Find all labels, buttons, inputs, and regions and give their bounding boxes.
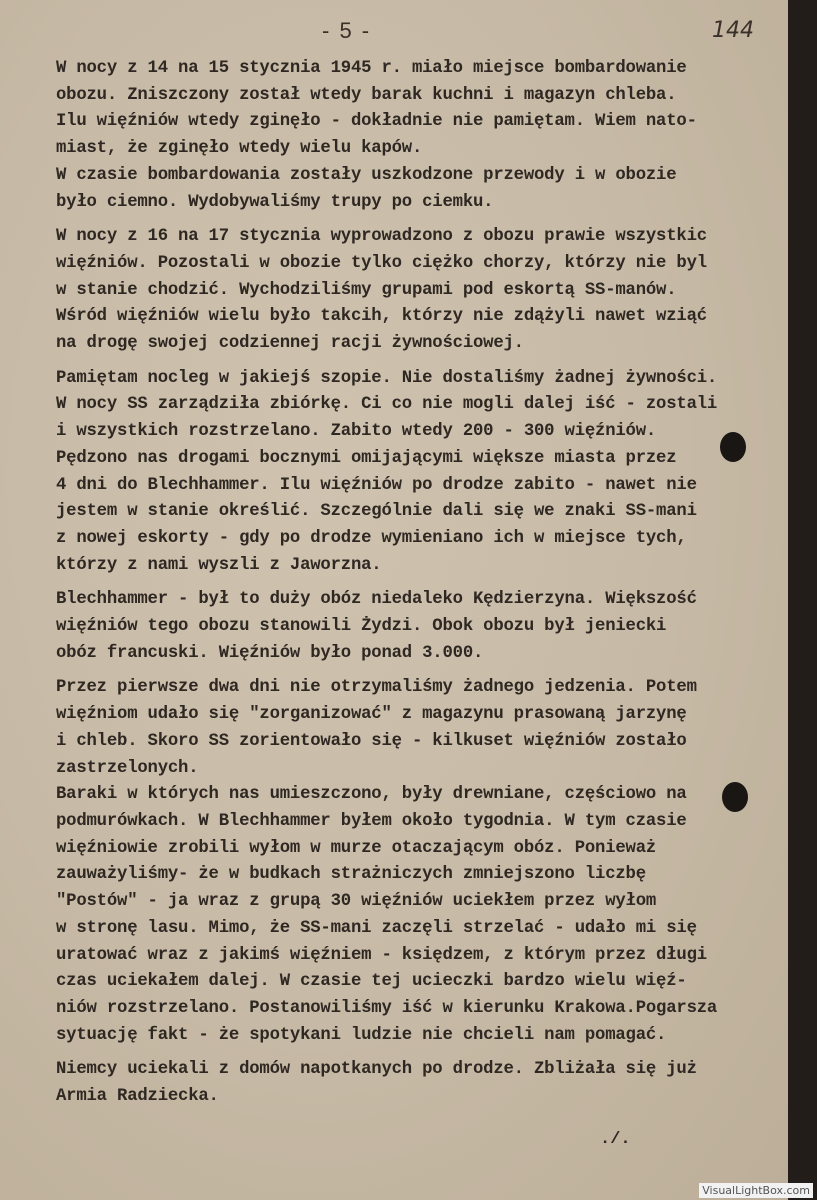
- text-line: zastrzelonych.: [56, 756, 776, 783]
- text-line: zauważyliśmy- że w budkach strażniczych …: [56, 862, 776, 889]
- text-line: było ciemno. Wydobywaliśmy trupy po ciem…: [56, 190, 776, 217]
- text-line: W czasie bombardowania zostały uszkodzon…: [56, 163, 776, 190]
- text-line: W nocy SS zarządziła zbiórkę. Ci co nie …: [56, 392, 776, 419]
- text-line: Przez pierwsze dwa dni nie otrzymaliśmy …: [56, 675, 776, 702]
- text-line: jestem w stanie określić. Szczególnie da…: [56, 499, 776, 526]
- text-line: więźniów tego obozu stanowili Żydzi. Obo…: [56, 614, 776, 641]
- text-line: Pamiętam nocleg w jakiejś szopie. Nie do…: [56, 366, 776, 393]
- text-line: Niemcy uciekali z domów napotkanych po d…: [56, 1057, 776, 1084]
- page-number: - 5 -: [322, 18, 371, 44]
- paragraph: Pamiętam nocleg w jakiejś szopie. Nie do…: [56, 366, 776, 580]
- paragraph: Blechhammer - był to duży obóz niedaleko…: [56, 587, 776, 667]
- text-line: Ilu więźniów wtedy zginęło - dokładnie n…: [56, 109, 776, 136]
- text-line: Baraki w których nas umieszczono, były d…: [56, 782, 776, 809]
- text-line: którzy z nami wyszli z Jaworzna.: [56, 553, 776, 580]
- text-line: i wszystkich rozstrzelano. Zabito wtedy …: [56, 419, 776, 446]
- text-line: uratować wraz z jakimś więźniem - księdz…: [56, 943, 776, 970]
- text-line: i chleb. Skoro SS zorientowało się - kil…: [56, 729, 776, 756]
- text-line: W nocy z 14 na 15 stycznia 1945 r. miało…: [56, 56, 776, 83]
- body-text: W nocy z 14 na 15 stycznia 1945 r. miało…: [56, 56, 776, 1119]
- text-line: w stronę lasu. Mimo, że SS-mani zaczęli …: [56, 916, 776, 943]
- archive-number: 144: [712, 18, 754, 43]
- text-line: miast, że zginęło wtedy wielu kapów.: [56, 136, 776, 163]
- text-line: obóz francuski. Więźniów było ponad 3.00…: [56, 641, 776, 668]
- text-line: sytuację fakt - że spotykani ludzie nie …: [56, 1023, 776, 1050]
- text-line: na drogę swojej codziennej racji żywnośc…: [56, 331, 776, 358]
- punch-hole-bottom: [722, 782, 748, 812]
- text-line: Wśród więźniów wielu było takcih, którzy…: [56, 304, 776, 331]
- text-line: obozu. Zniszczony został wtedy barak kuc…: [56, 83, 776, 110]
- document-page: - 5 - 144 W nocy z 14 na 15 stycznia 194…: [0, 0, 788, 1200]
- paragraph: W nocy z 14 na 15 stycznia 1945 r. miało…: [56, 56, 776, 216]
- paragraph: Niemcy uciekali z domów napotkanych po d…: [56, 1057, 776, 1110]
- text-line: więźniów. Pozostali w obozie tylko ciężk…: [56, 251, 776, 278]
- end-mark: ./.: [600, 1130, 631, 1149]
- paragraph: Przez pierwsze dwa dni nie otrzymaliśmy …: [56, 675, 776, 1049]
- text-line: Armia Radziecka.: [56, 1084, 776, 1111]
- text-line: z nowej eskorty - gdy po drodze wymienia…: [56, 526, 776, 553]
- text-line: czas uciekałem dalej. W czasie tej uciec…: [56, 969, 776, 996]
- text-line: 4 dni do Blechhammer. Ilu więźniów po dr…: [56, 473, 776, 500]
- text-line: "Postów" - ja wraz z grupą 30 więźniów u…: [56, 889, 776, 916]
- text-line: Blechhammer - był to duży obóz niedaleko…: [56, 587, 776, 614]
- text-line: niów rozstrzelano. Postanowiliśmy iść w …: [56, 996, 776, 1023]
- scan-border: [788, 0, 817, 1200]
- text-line: więźniowie zrobili wyłom w murze otaczaj…: [56, 836, 776, 863]
- paragraph: W nocy z 16 na 17 stycznia wyprowadzono …: [56, 224, 776, 358]
- watermark: VisualLightBox.com: [699, 1183, 813, 1198]
- text-line: więźniom udało się "zorganizować" z maga…: [56, 702, 776, 729]
- punch-hole-top: [720, 432, 746, 462]
- text-line: Pędzono nas drogami bocznymi omijającymi…: [56, 446, 776, 473]
- text-line: w stanie chodzić. Wychodziliśmy grupami …: [56, 278, 776, 305]
- text-line: W nocy z 16 na 17 stycznia wyprowadzono …: [56, 224, 776, 251]
- text-line: podmurówkach. W Blechhammer byłem około …: [56, 809, 776, 836]
